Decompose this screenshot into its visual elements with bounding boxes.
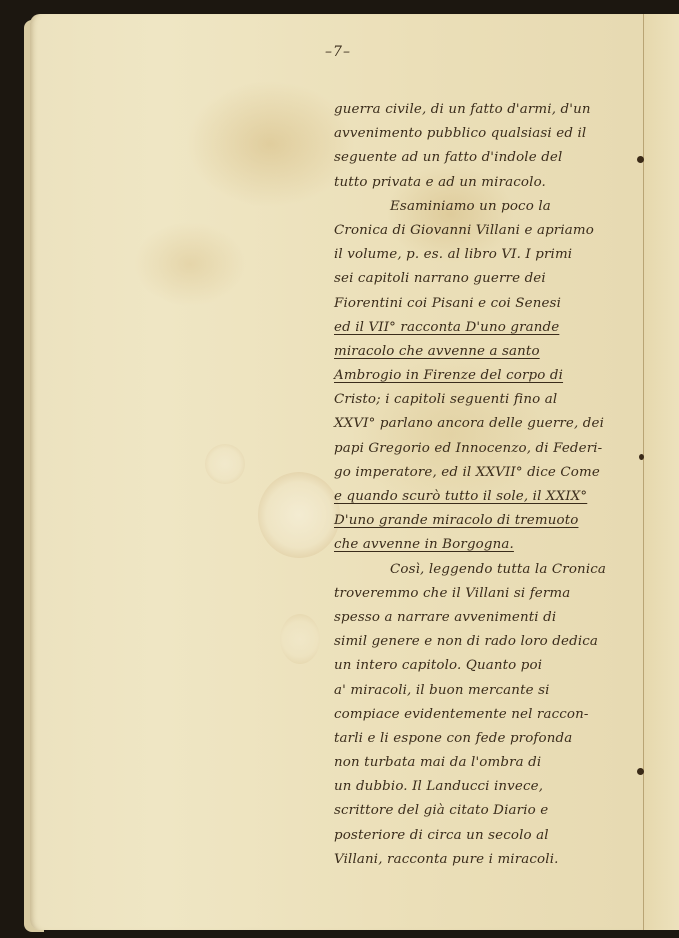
text-line: Esaminiamo un poco la xyxy=(334,195,634,219)
text-line: Così, leggendo tutta la Cronica xyxy=(334,558,634,582)
text-line: guerra civile, di un fatto d'armi, d'un xyxy=(334,98,634,122)
text-line: scrittore del già citato Diario e xyxy=(334,799,634,823)
text-line: avvenimento pubblico qualsiasi ed il xyxy=(334,122,634,146)
text-line: miracolo che avvenne a santo xyxy=(334,340,634,364)
text-line: compiace evidentemente nel raccon- xyxy=(334,703,634,727)
text-line: spesso a narrare avvenimenti di xyxy=(334,606,634,630)
text-line: Villani, racconta pure i miracoli. xyxy=(334,848,634,872)
text-line: papi Gregorio ed Innocenzo, di Federi- xyxy=(334,437,634,461)
text-line: D'uno grande miracolo di tremuoto xyxy=(334,509,634,533)
binding-hole xyxy=(639,454,644,460)
text-line: Ambrogio in Firenze del corpo di xyxy=(334,364,634,388)
text-line: posteriore di circa un secolo al xyxy=(334,824,634,848)
text-line: tutto privata e ad un miracolo. xyxy=(334,171,634,195)
text-line: Fiorentini coi Pisani e coi Senesi xyxy=(334,292,634,316)
text-line: tarli e li espone con fede profonda xyxy=(334,727,634,751)
text-line: un dubbio. Il Landucci invece, xyxy=(334,775,634,799)
binding-hole xyxy=(637,768,644,775)
handwritten-text-block: guerra civile, di un fatto d'armi, d'un … xyxy=(334,98,634,872)
text-line: non turbata mai da l'ombra di xyxy=(334,751,634,775)
text-line: simil genere e non di rado loro dedica xyxy=(334,630,634,654)
text-line: sei capitoli narrano guerre dei xyxy=(334,267,634,291)
text-line: troveremmo che il Villani si ferma xyxy=(334,582,634,606)
text-line: il volume, p. es. al libro VI. I primi xyxy=(334,243,634,267)
text-line: un intero capitolo. Quanto poi xyxy=(334,654,634,678)
page-number: –7– xyxy=(318,44,358,60)
water-stain xyxy=(258,472,340,558)
text-line: e quando scurò tutto il sole, il XXIX° xyxy=(334,485,634,509)
text-line: Cristo; i capitoli seguenti fino al xyxy=(334,388,634,412)
binding-hole xyxy=(637,156,644,163)
text-line: ed il VII° racconta D'uno grande xyxy=(334,316,634,340)
text-line: Cronica di Giovanni Villani e apriamo xyxy=(334,219,634,243)
text-line: XXVI° parlano ancora delle guerre, dei xyxy=(334,412,634,436)
text-line: che avvenne in Borgogna. xyxy=(334,533,634,557)
text-line: a' miracoli, il buon mercante si xyxy=(334,679,634,703)
facing-page-edge xyxy=(643,14,679,930)
water-stain xyxy=(205,444,245,484)
text-line: go imperatore, ed il XXVII° dice Come xyxy=(334,461,634,485)
text-line: seguente ad un fatto d'indole del xyxy=(334,146,634,170)
water-stain xyxy=(280,614,320,664)
